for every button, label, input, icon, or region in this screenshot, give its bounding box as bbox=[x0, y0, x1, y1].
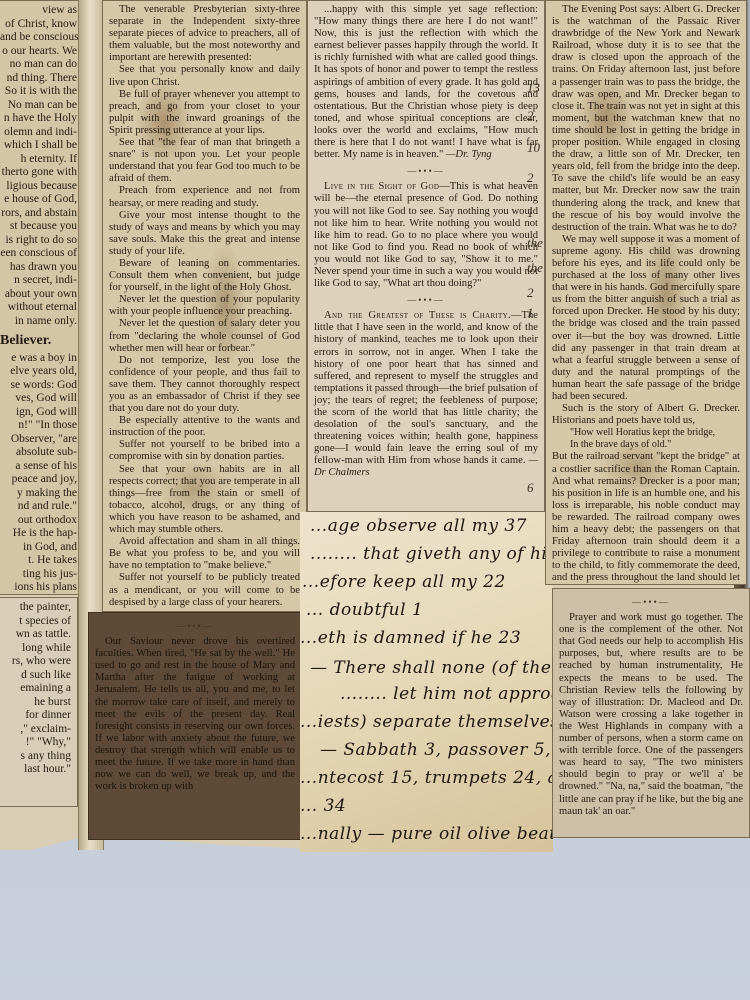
left-column-middle-text: e was a boy inelve years old,se words: G… bbox=[0, 352, 77, 596]
text-line: s any thing bbox=[0, 750, 71, 764]
text-line: emaining a bbox=[0, 682, 71, 696]
ornament-divider: —•••— bbox=[314, 165, 538, 177]
text-line: rors, and abstain bbox=[0, 207, 77, 221]
drecker-text: The Evening Post says: Albert G. Drecker… bbox=[552, 4, 740, 427]
text-line: view as bbox=[0, 4, 77, 18]
text-line: No man can be bbox=[0, 99, 77, 113]
paragraph: Avoid affectation and sham in all things… bbox=[109, 536, 300, 572]
saviour-text: Our Saviour never drove his overtired fa… bbox=[95, 636, 295, 793]
text-line: therto gone with bbox=[0, 166, 77, 180]
text-line: olemn and indi- bbox=[0, 126, 77, 140]
tyng-signature: —Dr. Tyng bbox=[446, 149, 492, 160]
paragraph: See that "the fear of man that bringeth … bbox=[109, 137, 300, 185]
text-line: ," exclaim- bbox=[0, 723, 71, 737]
text-line: all, wisdom bbox=[0, 595, 77, 596]
handwritten-line: ........ let him not approach to... bbox=[340, 684, 553, 704]
text-line: st because you bbox=[0, 220, 77, 234]
margin-mark: the bbox=[527, 260, 543, 276]
margin-mark: 6 bbox=[527, 480, 534, 496]
heaven-charity-clipping: ...happy with this simple yet sage refle… bbox=[307, 0, 545, 512]
text-line: ves, God will bbox=[0, 392, 77, 406]
text-line: in name only. bbox=[0, 315, 77, 329]
paragraph: Do not temporize, lest you lose the conf… bbox=[109, 355, 300, 415]
preachers-advice-text: The venerable Presbyterian sixty-three s… bbox=[109, 4, 300, 609]
text-line: e house of God, bbox=[0, 193, 77, 207]
handwritten-line: ...nally — pure oil olive beaten bbox=[300, 824, 553, 844]
handwritten-line: ...iests) separate themselves fro... bbox=[300, 712, 553, 732]
text-line: a sense of his bbox=[0, 460, 77, 474]
text-line: e was a boy in bbox=[0, 352, 77, 366]
ornament-divider: —•••— bbox=[559, 596, 743, 608]
left-column-clipping: view asof Christ, knowand be consciouso … bbox=[0, 0, 84, 595]
text-line: So it is with the bbox=[0, 85, 77, 99]
margin-mark: 1 bbox=[527, 305, 534, 321]
paragraph: Suffer not yourself to be publicly treat… bbox=[109, 572, 300, 608]
text-line: has drawn you bbox=[0, 261, 77, 275]
ornament: —•••— bbox=[95, 620, 295, 632]
paragraph: Beware of leaning on commentaries. Consu… bbox=[109, 258, 300, 294]
paragraph: Preach from experience and not from hear… bbox=[109, 185, 300, 209]
text-line: He is the hap- bbox=[0, 527, 77, 541]
text-line: he burst bbox=[0, 696, 71, 710]
drecker-closing-text: But the railroad servant "kept the bridg… bbox=[552, 451, 740, 585]
text-line: out orthodox bbox=[0, 514, 77, 528]
charity-heading: And the Greatest of These is Charity. bbox=[324, 310, 511, 321]
handwritten-note: ...age observe all my 37........ that gi… bbox=[300, 512, 553, 852]
sight-of-god-text: —This is what heaven will be—the eternal… bbox=[314, 181, 538, 289]
text-line: nd thing. There bbox=[0, 72, 77, 86]
text-line: y making the bbox=[0, 487, 77, 501]
ornament-divider: —•••— bbox=[314, 294, 538, 306]
paragraph: See that you personally know and daily l… bbox=[109, 64, 300, 88]
text-line: about your own bbox=[0, 288, 77, 302]
margin-handwritten-marks: 1321021thethe216 bbox=[527, 60, 545, 510]
text-line: se words: God bbox=[0, 379, 77, 393]
paragraph: Be especially attentive to the wants and… bbox=[109, 415, 300, 439]
charity-text: —The little that I have seen in the worl… bbox=[314, 310, 538, 466]
text-line: rs, who were bbox=[0, 655, 71, 669]
left-column-bottom-text: the painter,t species ofwn as tattle.lon… bbox=[0, 601, 71, 777]
text-line: Observer, "are bbox=[0, 433, 77, 447]
text-line: h eternity. If bbox=[0, 153, 77, 167]
text-line: the painter, bbox=[0, 601, 71, 615]
paragraph: Give your most intense thought to the st… bbox=[109, 210, 300, 258]
paragraph: We may well suppose it was a moment of s… bbox=[552, 234, 740, 403]
text-line: elve years old, bbox=[0, 365, 77, 379]
handwritten-line: ........ that giveth any of his seed bbox=[310, 544, 553, 564]
drecker-bridge-clipping: The Evening Post says: Albert G. Drecker… bbox=[545, 0, 747, 585]
preachers-advice-clipping: The venerable Presbyterian sixty-three s… bbox=[102, 0, 307, 612]
paragraph: Never let the question of salary deter y… bbox=[109, 318, 300, 354]
paragraph: Never let the question of your popularit… bbox=[109, 294, 300, 318]
text-line: ligious because bbox=[0, 180, 77, 194]
text-line: peace and joy, bbox=[0, 473, 77, 487]
poem-line: "How well Horatius kept the bridge, bbox=[570, 427, 740, 439]
text-line: absolute sub- bbox=[0, 446, 77, 460]
text-line: d such like bbox=[0, 669, 71, 683]
tyng-text: ...happy with this simple yet sage refle… bbox=[314, 4, 538, 160]
text-line: is right to do so bbox=[0, 234, 77, 248]
handwritten-line: ... 34 bbox=[300, 796, 346, 816]
paragraph: The venerable Presbyterian sixty-three s… bbox=[109, 4, 300, 64]
text-line: t. He takes bbox=[0, 554, 77, 568]
paragraph: Suffer not yourself to be bribed into a … bbox=[109, 439, 300, 463]
paragraph: Be full of prayer whenever you attempt t… bbox=[109, 89, 300, 137]
margin-mark: 2 bbox=[527, 108, 534, 124]
text-line: n!" "In those bbox=[0, 419, 77, 433]
handwritten-line: — There shall none (of the p... bbox=[310, 658, 553, 678]
paragraph: The Evening Post says: Albert G. Drecker… bbox=[552, 4, 740, 234]
text-line: ign, God will bbox=[0, 406, 77, 420]
text-line: nd and rule." bbox=[0, 500, 77, 514]
text-line: in God, and bbox=[0, 541, 77, 555]
prayer-text: Prayer and work must go together. The on… bbox=[559, 612, 743, 818]
left-column-top-text: view asof Christ, knowand be consciouso … bbox=[0, 4, 77, 328]
text-line: !" "Why," bbox=[0, 736, 71, 750]
handwritten-line: ...eth is damned if he 23 bbox=[300, 628, 521, 648]
text-line: which I shall be bbox=[0, 139, 77, 153]
text-line: n have the Holy bbox=[0, 112, 77, 126]
margin-mark: the bbox=[527, 235, 543, 251]
text-line: of Christ, know bbox=[0, 18, 77, 32]
handwritten-line: ...age observe all my 37 bbox=[310, 516, 527, 536]
paragraph: Such is the story of Albert G. Drecker. … bbox=[552, 403, 740, 427]
text-line: ions his plans bbox=[0, 581, 77, 595]
text-line: no man can do bbox=[0, 58, 77, 72]
left-column-bottom-clipping: the painter,t species ofwn as tattle.lon… bbox=[0, 597, 78, 807]
text-line: without eternal bbox=[0, 301, 77, 315]
text-line: last hour." bbox=[0, 763, 71, 777]
handwritten-line: ...ntecost 15, trumpets 24, aton... bbox=[300, 768, 553, 788]
believer-heading: Believer. bbox=[0, 334, 77, 348]
margin-mark: 13 bbox=[527, 80, 540, 96]
horatius-poem: "How well Horatius kept the bridge,In th… bbox=[552, 427, 740, 451]
text-line: ting his jus- bbox=[0, 568, 77, 582]
handwritten-line: ...efore keep all my 22 bbox=[302, 572, 506, 592]
text-line: and be conscious bbox=[0, 31, 77, 45]
text-line: t species of bbox=[0, 615, 71, 629]
handwritten-line: — Sabbath 3, passover 5, bbox=[320, 740, 551, 760]
poem-line: In the brave days of old." bbox=[570, 439, 740, 451]
text-line: een conscious of bbox=[0, 247, 77, 261]
paragraph: See that your own habits are in all resp… bbox=[109, 464, 300, 537]
text-line: wn as tattle. bbox=[0, 628, 71, 642]
saviour-clipping: —•••— Our Saviour never drove his overti… bbox=[88, 612, 302, 840]
text-line: long while bbox=[0, 642, 71, 656]
sight-of-god-heading: Live in the Sight of God bbox=[324, 181, 439, 192]
margin-mark: 2 bbox=[527, 170, 534, 186]
prayer-and-work-clipping: —•••— Prayer and work must go together. … bbox=[552, 588, 750, 838]
margin-mark: 1 bbox=[527, 205, 534, 221]
text-line: for dinner bbox=[0, 709, 71, 723]
margin-mark: 2 bbox=[527, 285, 534, 301]
margin-mark: 10 bbox=[527, 140, 540, 156]
text-line: o our hearts. We bbox=[0, 45, 77, 59]
handwritten-line: ... doubtful 1 bbox=[306, 600, 423, 620]
text-line: n secret, indi- bbox=[0, 274, 77, 288]
